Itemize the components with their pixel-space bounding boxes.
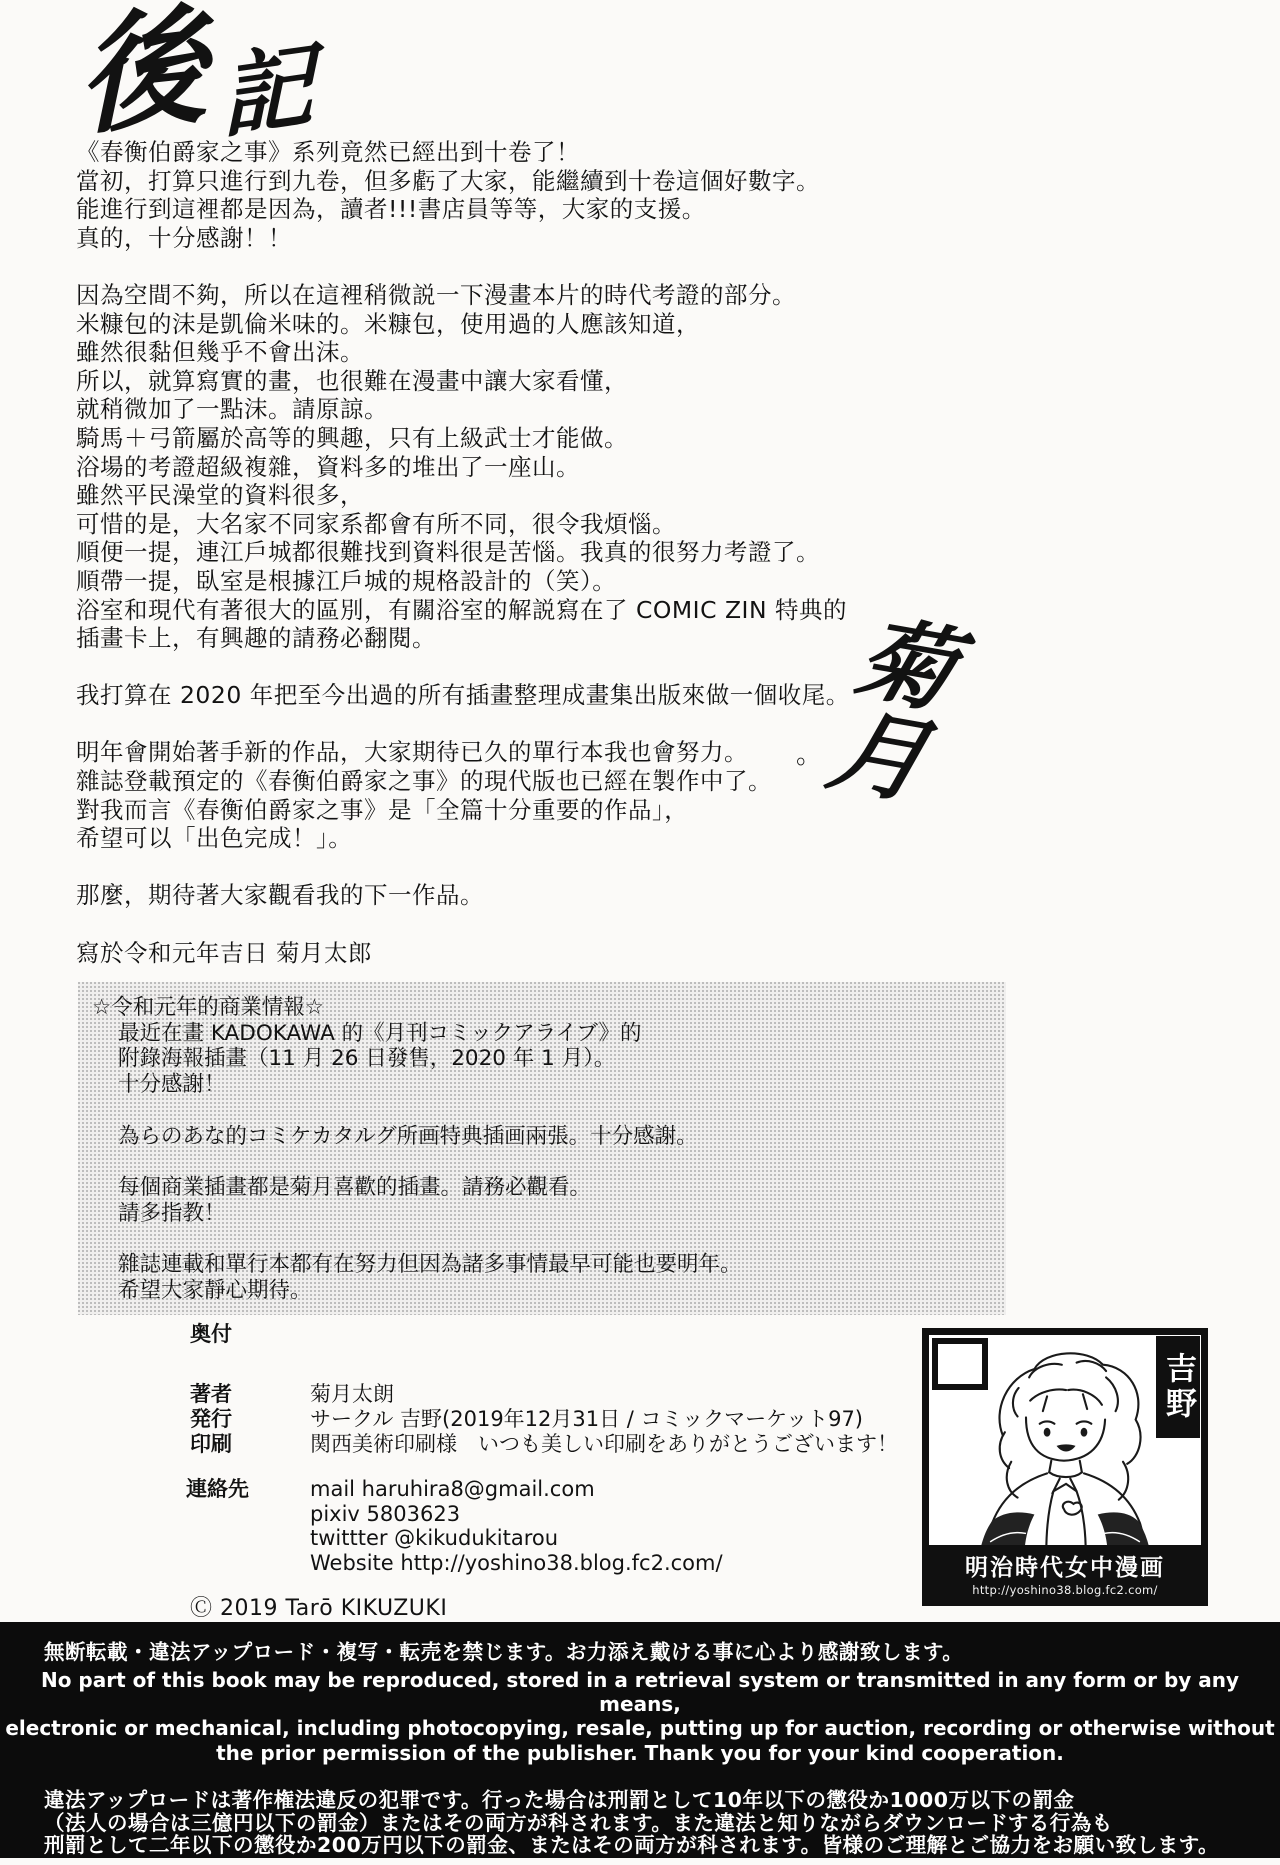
text-line: pixiv 5803623 — [310, 1502, 723, 1527]
text-line: 真的，十分感謝！！ — [76, 224, 1136, 253]
text-line: 《春衡伯爵家之事》系列竟然已經出到十卷了！ — [76, 138, 1136, 167]
circle-cut-url: http://yoshino38.blog.fc2.com/ — [929, 1583, 1201, 1597]
text-line: 為らのあな的コミケカタルグ所画特典插画兩張。十分感謝。 — [92, 1124, 990, 1150]
text-line: 寫於令和元年吉日 菊月太郎 — [76, 939, 1136, 968]
text-line: Website http://yoshino38.blog.fc2.com/ — [310, 1551, 723, 1576]
text-line: 雖然很黏但幾乎不會出沫。 — [76, 338, 1136, 367]
colophon-row-publisher: 発行 サークル 吉野(2019年12月31日 / コミックマーケット97) — [190, 1407, 790, 1432]
text-line: mail haruhira8@gmail.com — [310, 1477, 723, 1502]
text-line: 雜誌連載和單行本都有在努力但因為諸多事情最早可能也要明年。 — [92, 1252, 990, 1278]
text-line: 每個商業插畫都是菊月喜歡的插畫。請務必觀看。 — [92, 1175, 990, 1201]
text-line: 違法アップロードは著作権法違反の犯罪です。行った場合は刑罰として10年以下の懲役… — [44, 1789, 1280, 1812]
copyright-line: Ⓒ 2019 Tarō KIKUZUKI — [190, 1591, 790, 1622]
colophon-value: サークル 吉野(2019年12月31日 / コミックマーケット97) — [262, 1407, 863, 1432]
text-line: 可惜的是，大名家不同家系都會有所不同，很令我煩惱。 — [76, 510, 1136, 539]
text-line: 希望大家靜心期待。 — [92, 1278, 990, 1304]
commercial-info-box: ☆令和元年的商業情報☆最近在畫 KADOKAWA 的《月刊コミックアライブ》的附… — [78, 982, 1006, 1315]
en-reproduction-notice: No part of this book may be reproduced, … — [0, 1668, 1280, 1765]
text-line: 附錄海報插畫（11 月 26 日發售，2020 年 1 月）。 — [92, 1046, 990, 1072]
text-line: No part of this book may be reproduced, … — [0, 1668, 1280, 1716]
colophon-value: 関西美術印刷様 いつも美しい印刷をありがとうございます！ — [262, 1432, 898, 1457]
contact-lines: mail haruhira8@gmail.compixiv 5803623twi… — [310, 1477, 723, 1575]
title-char-1: 後 — [76, 1, 208, 142]
text-line — [92, 1226, 990, 1252]
text-line: 浴場的考證超級複雜，資料多的堆出了一座山。 — [76, 453, 1136, 482]
author-signature: 。 菊月 — [796, 612, 1006, 862]
colophon-heading: 奥付 — [190, 1318, 790, 1348]
text-line: 米糠包的沫是凱倫米味的。米糠包，使用過的人應該知道， — [76, 310, 1136, 339]
text-line: 那麼，期待著大家觀看我的下一作品。 — [76, 881, 1136, 910]
circle-cut-caption: 明治時代女中漫画 — [929, 1549, 1201, 1582]
circle-name-label: 吉野 — [1156, 1336, 1200, 1438]
text-line: the prior permission of the publisher. T… — [0, 1741, 1280, 1765]
text-line: （法人の場合は三億円以下の罰金）またはその両方が科されます。また違法と知りながら… — [44, 1812, 1280, 1835]
colophon-contact: 連絡先 mail haruhira8@gmail.compixiv 580362… — [190, 1477, 790, 1575]
circle-cut-caption-band: 明治時代女中漫画 http://yoshino38.blog.fc2.com/ — [929, 1545, 1201, 1599]
jp-reproduction-notice: 無断転載・違法アップロード・複写・転売を禁じます。お力添え戴ける事に心より感謝致… — [0, 1635, 1280, 1665]
text-line: 雖然平民澡堂的資料很多， — [76, 481, 1136, 510]
colophon-label: 発行 — [190, 1407, 262, 1432]
text-line: electronic or mechanical, including phot… — [0, 1716, 1280, 1740]
text-line: 因為空間不夠，所以在這裡稍微説一下漫畫本片的時代考證的部分。 — [76, 281, 1136, 310]
text-line — [92, 1098, 990, 1124]
text-line: 最近在畫 KADOKAWA 的《月刊コミックアライブ》的 — [92, 1021, 990, 1047]
text-line: ☆令和元年的商業情報☆ — [92, 995, 990, 1021]
text-line: 刑罰として二年以下の懲役か200万円以下の罰金、またはその両方が科されます。皆様… — [44, 1834, 1280, 1857]
text-line: 順便一提，連江戶城都很難找到資料很是苦惱。我真的很努力考證了。 — [76, 538, 1136, 567]
text-line: 能進行到這裡都是因為，讀者!!!書店員等等，大家的支援。 — [76, 195, 1136, 224]
signature-text: 菊月 — [813, 607, 958, 805]
text-line: 當初，打算只進行到九卷，但多虧了大家，能繼續到十卷這個好數字。 — [76, 167, 1136, 196]
text-line: 就稍微加了一點沫。請原諒。 — [76, 395, 1136, 424]
colophon: 奥付 著者 菊月太朗 発行 サークル 吉野(2019年12月31日 / コミック… — [190, 1318, 790, 1622]
colophon-row-printer: 印刷 関西美術印刷様 いつも美しい印刷をありがとうございます！ — [190, 1432, 790, 1457]
text-line — [76, 252, 1136, 281]
afterword-page: { "title": { "char1": "後", "char2": "記" … — [0, 0, 1280, 1865]
colophon-label: 印刷 — [190, 1432, 262, 1457]
legal-notice-section: 無断転載・違法アップロード・複写・転売を禁じます。お力添え戴ける事に心より感謝致… — [0, 1622, 1280, 1858]
text-line — [76, 910, 1136, 939]
colophon-row-author: 著者 菊月太朗 — [190, 1382, 790, 1407]
contact-label: 連絡先 — [186, 1477, 306, 1575]
text-line — [92, 1149, 990, 1175]
title-char-2: 記 — [219, 39, 314, 144]
colophon-value: 菊月太朗 — [262, 1382, 394, 1407]
text-line: twittter @kikudukitarou — [310, 1526, 723, 1551]
jp-copyright-law-notice: 違法アップロードは著作権法違反の犯罪です。行った場合は刑罰として10年以下の懲役… — [0, 1789, 1280, 1857]
circle-cut-inner: 吉野 — [929, 1335, 1201, 1599]
colophon-rows: 著者 菊月太朗 発行 サークル 吉野(2019年12月31日 / コミックマーケ… — [190, 1382, 790, 1457]
text-line: 請多指教！ — [92, 1201, 990, 1227]
text-line: 順帶一提，臥室是根據江戶城的規格設計的（笑）。 — [76, 567, 1136, 596]
page-title: 後記 — [76, 2, 314, 138]
circle-cut-checkbox — [932, 1338, 988, 1390]
circle-cut-box: 吉野 — [922, 1328, 1208, 1606]
colophon-label: 著者 — [190, 1382, 262, 1407]
text-line: 所以，就算寫實的畫，也很難在漫畫中讓大家看懂， — [76, 367, 1136, 396]
text-line: 騎馬＋弓箭屬於高等的興趣，只有上級武士才能做。 — [76, 424, 1136, 453]
text-line: 十分感謝！ — [92, 1072, 990, 1098]
